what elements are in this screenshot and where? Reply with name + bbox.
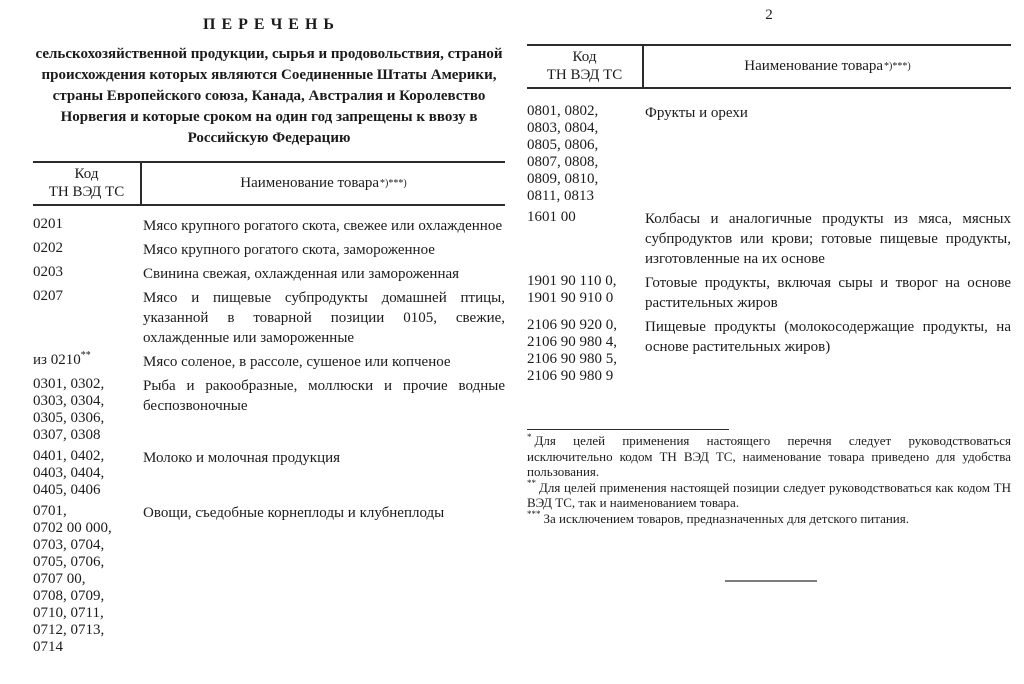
table-row: 0801, 0802, 0803, 0804, 0805, 0806, 0807… — [527, 103, 1011, 205]
table-header-code: Код ТН ВЭД ТС — [33, 163, 142, 204]
page-number: 2 — [527, 6, 1011, 24]
product-name: Пищевые продукты (молокосодержащие проду… — [645, 317, 1011, 357]
tn-ved-code: из 0210** — [33, 352, 143, 369]
tn-ved-code: 0203 — [33, 264, 143, 281]
product-name: Рыба и ракообразные, моллюски и прочие в… — [143, 376, 505, 416]
table-header-code-line1: Код — [75, 165, 99, 183]
product-name: Мясо и пищевые субпродукты домашней птиц… — [143, 288, 505, 348]
product-name: Колбасы и аналогичные продукты из мяса, … — [645, 209, 1011, 269]
product-name: Мясо крупного рогатого скота, свежее или… — [143, 216, 505, 236]
code-footnote-mark: ** — [81, 350, 91, 361]
footnote: **Для целей применения настоящей позиции… — [527, 480, 1011, 511]
table-row: 0203 Свинина свежая, охлажденная или зам… — [33, 264, 505, 284]
product-name: Мясо крупного рогатого скота, замороженн… — [143, 240, 505, 260]
tn-ved-code: 0207 — [33, 288, 143, 305]
table-row: 1901 90 110 0, 1901 90 910 0 Готовые про… — [527, 273, 1011, 313]
tn-ved-code: 2106 90 920 0, 2106 90 980 4, 2106 90 98… — [527, 317, 645, 385]
table-header-code: Код ТН ВЭД ТС — [527, 46, 644, 87]
product-name: Фрукты и орехи — [645, 103, 1011, 123]
page-1: П Е Р Е Ч Е Н Ь сельскохозяйственной про… — [33, 14, 505, 660]
table-row: 2106 90 920 0, 2106 90 980 4, 2106 90 98… — [527, 317, 1011, 385]
product-name: Молоко и молочная продукция — [143, 448, 505, 468]
page-2: 2 Код ТН ВЭД ТС Наименование товара*)***… — [527, 6, 1011, 389]
table-body: 0201 Мясо крупного рогатого скота, свеже… — [33, 216, 505, 656]
bottom-rule-line — [725, 580, 817, 582]
table-row: 0301, 0302, 0303, 0304, 0305, 0306, 0307… — [33, 376, 505, 444]
footnote-marker: ** — [527, 478, 536, 488]
products-table-page1: Код ТН ВЭД ТС Наименование товара*)***) … — [33, 161, 505, 656]
table-header-code-line2: ТН ВЭД ТС — [49, 183, 125, 201]
tn-ved-code: 0801, 0802, 0803, 0804, 0805, 0806, 0807… — [527, 103, 645, 205]
table-row: 0207 Мясо и пищевые субпродукты домашней… — [33, 288, 505, 348]
tn-ved-code: 0701, 0702 00 000, 0703, 0704, 0705, 070… — [33, 503, 143, 656]
table-header-code-line1: Код — [573, 48, 597, 66]
table-row: 0401, 0402, 0403, 0404, 0405, 0406 Молок… — [33, 448, 505, 499]
products-table-page2: Код ТН ВЭД ТС Наименование товара*)***) … — [527, 44, 1011, 385]
document-scan: П Е Р Е Ч Е Н Ь сельскохозяйственной про… — [0, 0, 1024, 684]
table-header-name: Наименование товара*)***) — [644, 46, 1011, 87]
tn-ved-code: 0201 — [33, 216, 143, 233]
product-name: Свинина свежая, охлажденная или замороже… — [143, 264, 505, 284]
tn-ved-code: 1601 00 — [527, 209, 645, 226]
product-name: Мясо соленое, в рассоле, сушеное или коп… — [143, 352, 505, 372]
product-name: Готовые продукты, включая сыры и творог … — [645, 273, 1011, 313]
doc-title: П Е Р Е Ч Е Н Ь — [33, 14, 505, 36]
tn-ved-code: 0202 — [33, 240, 143, 257]
footnotes-block: *Для целей применения настоящего перечня… — [527, 429, 1011, 526]
table-row: 0701, 0702 00 000, 0703, 0704, 0705, 070… — [33, 503, 505, 656]
table-body: 0801, 0802, 0803, 0804, 0805, 0806, 0807… — [527, 103, 1011, 385]
table-row: 0201 Мясо крупного рогатого скота, свеже… — [33, 216, 505, 236]
product-name: Овощи, съедобные корнеплоды и клубнеплод… — [143, 503, 505, 523]
tn-ved-code: 1901 90 110 0, 1901 90 910 0 — [527, 273, 645, 307]
table-row: 1601 00 Колбасы и аналогичные продукты и… — [527, 209, 1011, 269]
footnote: ***За исключением товаров, предназначенн… — [527, 511, 1011, 527]
tn-ved-code: 0301, 0302, 0303, 0304, 0305, 0306, 0307… — [33, 376, 143, 444]
table-header: Код ТН ВЭД ТС Наименование товара*)***) — [527, 44, 1011, 89]
table-row: 0202 Мясо крупного рогатого скота, замор… — [33, 240, 505, 260]
footnote-separator-line — [527, 429, 729, 430]
table-header-code-line2: ТН ВЭД ТС — [547, 66, 623, 84]
footnote-marker: * — [527, 432, 532, 442]
doc-subtitle: сельскохозяйственной продукции, сырья и … — [33, 44, 505, 149]
table-header: Код ТН ВЭД ТС Наименование товара*)***) — [33, 161, 505, 206]
table-row: из 0210** Мясо соленое, в рассоле, сушен… — [33, 352, 505, 372]
footnote-marker: *** — [527, 509, 541, 519]
footnote: *Для целей применения настоящего перечня… — [527, 433, 1011, 480]
table-header-name: Наименование товара*)***) — [142, 163, 505, 204]
tn-ved-code: 0401, 0402, 0403, 0404, 0405, 0406 — [33, 448, 143, 499]
